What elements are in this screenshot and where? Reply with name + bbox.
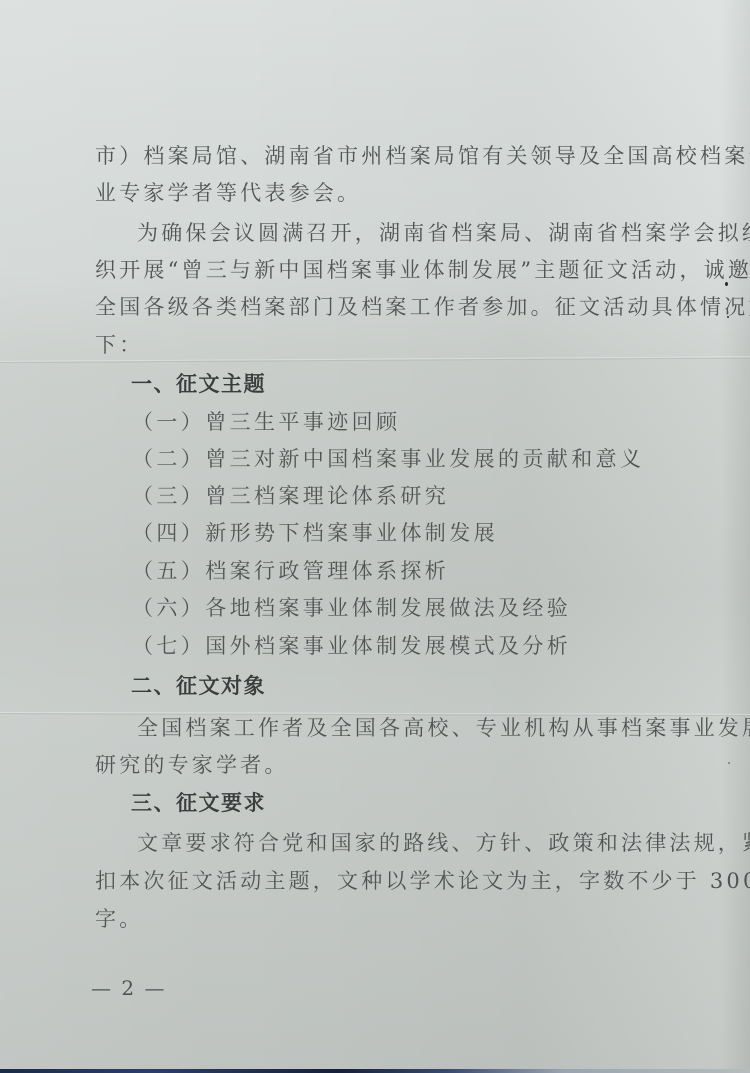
paragraph-text: 下： xyxy=(95,333,143,357)
paragraph-text: 字。 xyxy=(95,907,143,931)
section-heading: 一、征文主题 xyxy=(131,372,266,396)
list-item: （六）各地档案事业体制发展做法及经验 xyxy=(132,596,571,620)
paragraph-text: 文章要求符合党和国家的路线、方针、政策和法律法规，紧 xyxy=(137,831,750,855)
paragraph-text: 全国各级各类档案部门及档案工作者参加。征文活动具体情况如 xyxy=(95,295,750,319)
paragraph-text: 市）档案局馆、湖南省市州档案局馆有关领导及全国高校档案专 xyxy=(95,144,750,168)
paragraph-text: 业专家学者等代表参会。 xyxy=(95,181,361,205)
list-item: （二）曾三对新中国档案事业发展的贡献和意义 xyxy=(132,447,644,471)
page-number: — 2 — xyxy=(91,976,166,1000)
paragraph-text: 扣本次征文活动主题，文种以学术论文为主，字数不少于 3000 xyxy=(95,869,750,893)
paragraph-text: 研究的专家学者。 xyxy=(95,753,289,777)
list-item: （三）曾三档案理论体系研究 xyxy=(132,484,449,508)
paragraph-text: 全国档案工作者及全国各高校、专业机构从事档案事业发展 xyxy=(137,716,750,740)
section-heading: 二、征文对象 xyxy=(131,674,266,698)
list-item: （五）档案行政管理体系探析 xyxy=(132,559,449,583)
list-item: （一）曾三生平事迹回顾 xyxy=(132,410,400,434)
scan-edge-band xyxy=(0,1069,750,1073)
section-heading: 三、征文要求 xyxy=(131,791,266,815)
list-item: （七）国外档案事业体制发展模式及分析 xyxy=(132,634,571,658)
paper-speck xyxy=(725,282,728,286)
paper-speck xyxy=(728,762,730,764)
paper-fold-crease xyxy=(0,356,750,363)
paragraph-text: 织开展“曾三与新中国档案事业体制发展”主题征文活动，诚邀 xyxy=(95,258,750,282)
paragraph-text: 为确保会议圆满召开，湖南省档案局、湖南省档案学会拟组 xyxy=(137,221,750,245)
list-item: （四）新形势下档案事业体制发展 xyxy=(132,521,498,545)
